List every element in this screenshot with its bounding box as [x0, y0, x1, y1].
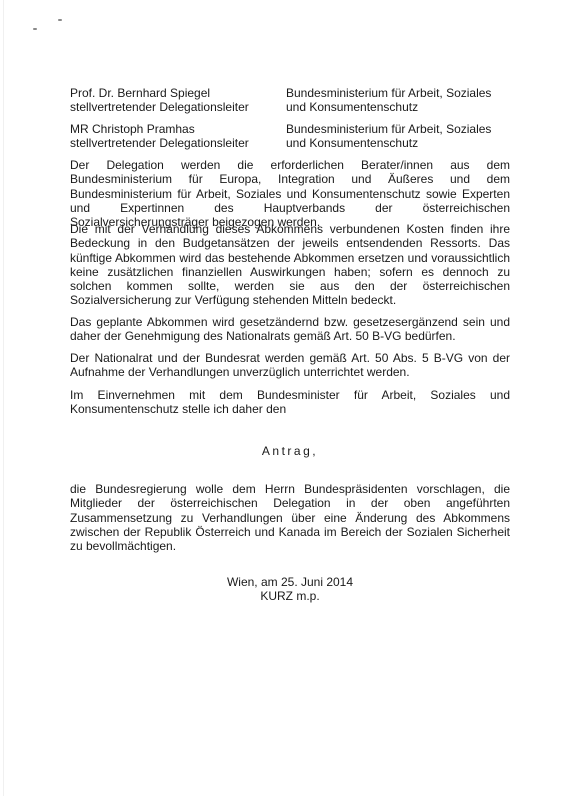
member-role: stellvertretender Delegationsleiter: [70, 136, 280, 150]
paragraph-agreement: Im Einvernehmen mit dem Bundesminister f…: [70, 388, 510, 417]
signature-place-date: Wien, am 25. Juni 2014: [70, 575, 510, 589]
ministry-line: und Konsumentenschutz: [286, 100, 516, 114]
document-page: Prof. Dr. Bernhard Spiegel stellvertrete…: [0, 0, 567, 796]
scan-edge: [3, 0, 4, 796]
member-ministry: Bundesministerium für Arbeit, Soziales u…: [286, 122, 516, 150]
scan-speck: [33, 28, 37, 30]
member-name-block: Prof. Dr. Bernhard Spiegel stellvertrete…: [70, 86, 280, 114]
scan-speck: [58, 19, 62, 21]
paragraph-advisors: Der Delegation werden die erforderlichen…: [70, 158, 510, 229]
ministry-line: Bundesministerium für Arbeit, Soziales: [286, 122, 516, 136]
motion-text: die Bundesregierung wolle dem Herrn Bund…: [70, 482, 510, 553]
paragraph-information: Der Nationalrat und der Bundesrat werden…: [70, 351, 510, 380]
signature-name: KURZ m.p.: [70, 589, 510, 603]
member-name: MR Christoph Pramhas: [70, 122, 280, 136]
member-role: stellvertretender Delegationsleiter: [70, 100, 280, 114]
paragraph-costs: Die mit der Verhandlung dieses Abkommens…: [70, 222, 510, 308]
motion-heading: Antrag,: [70, 444, 510, 458]
member-name: Prof. Dr. Bernhard Spiegel: [70, 86, 280, 100]
ministry-line: und Konsumentenschutz: [286, 136, 516, 150]
member-name-block: MR Christoph Pramhas stellvertretender D…: [70, 122, 280, 150]
paragraph-approval: Das geplante Abkommen wird gesetzändernd…: [70, 315, 510, 344]
member-ministry: Bundesministerium für Arbeit, Soziales u…: [286, 86, 516, 114]
ministry-line: Bundesministerium für Arbeit, Soziales: [286, 86, 516, 100]
